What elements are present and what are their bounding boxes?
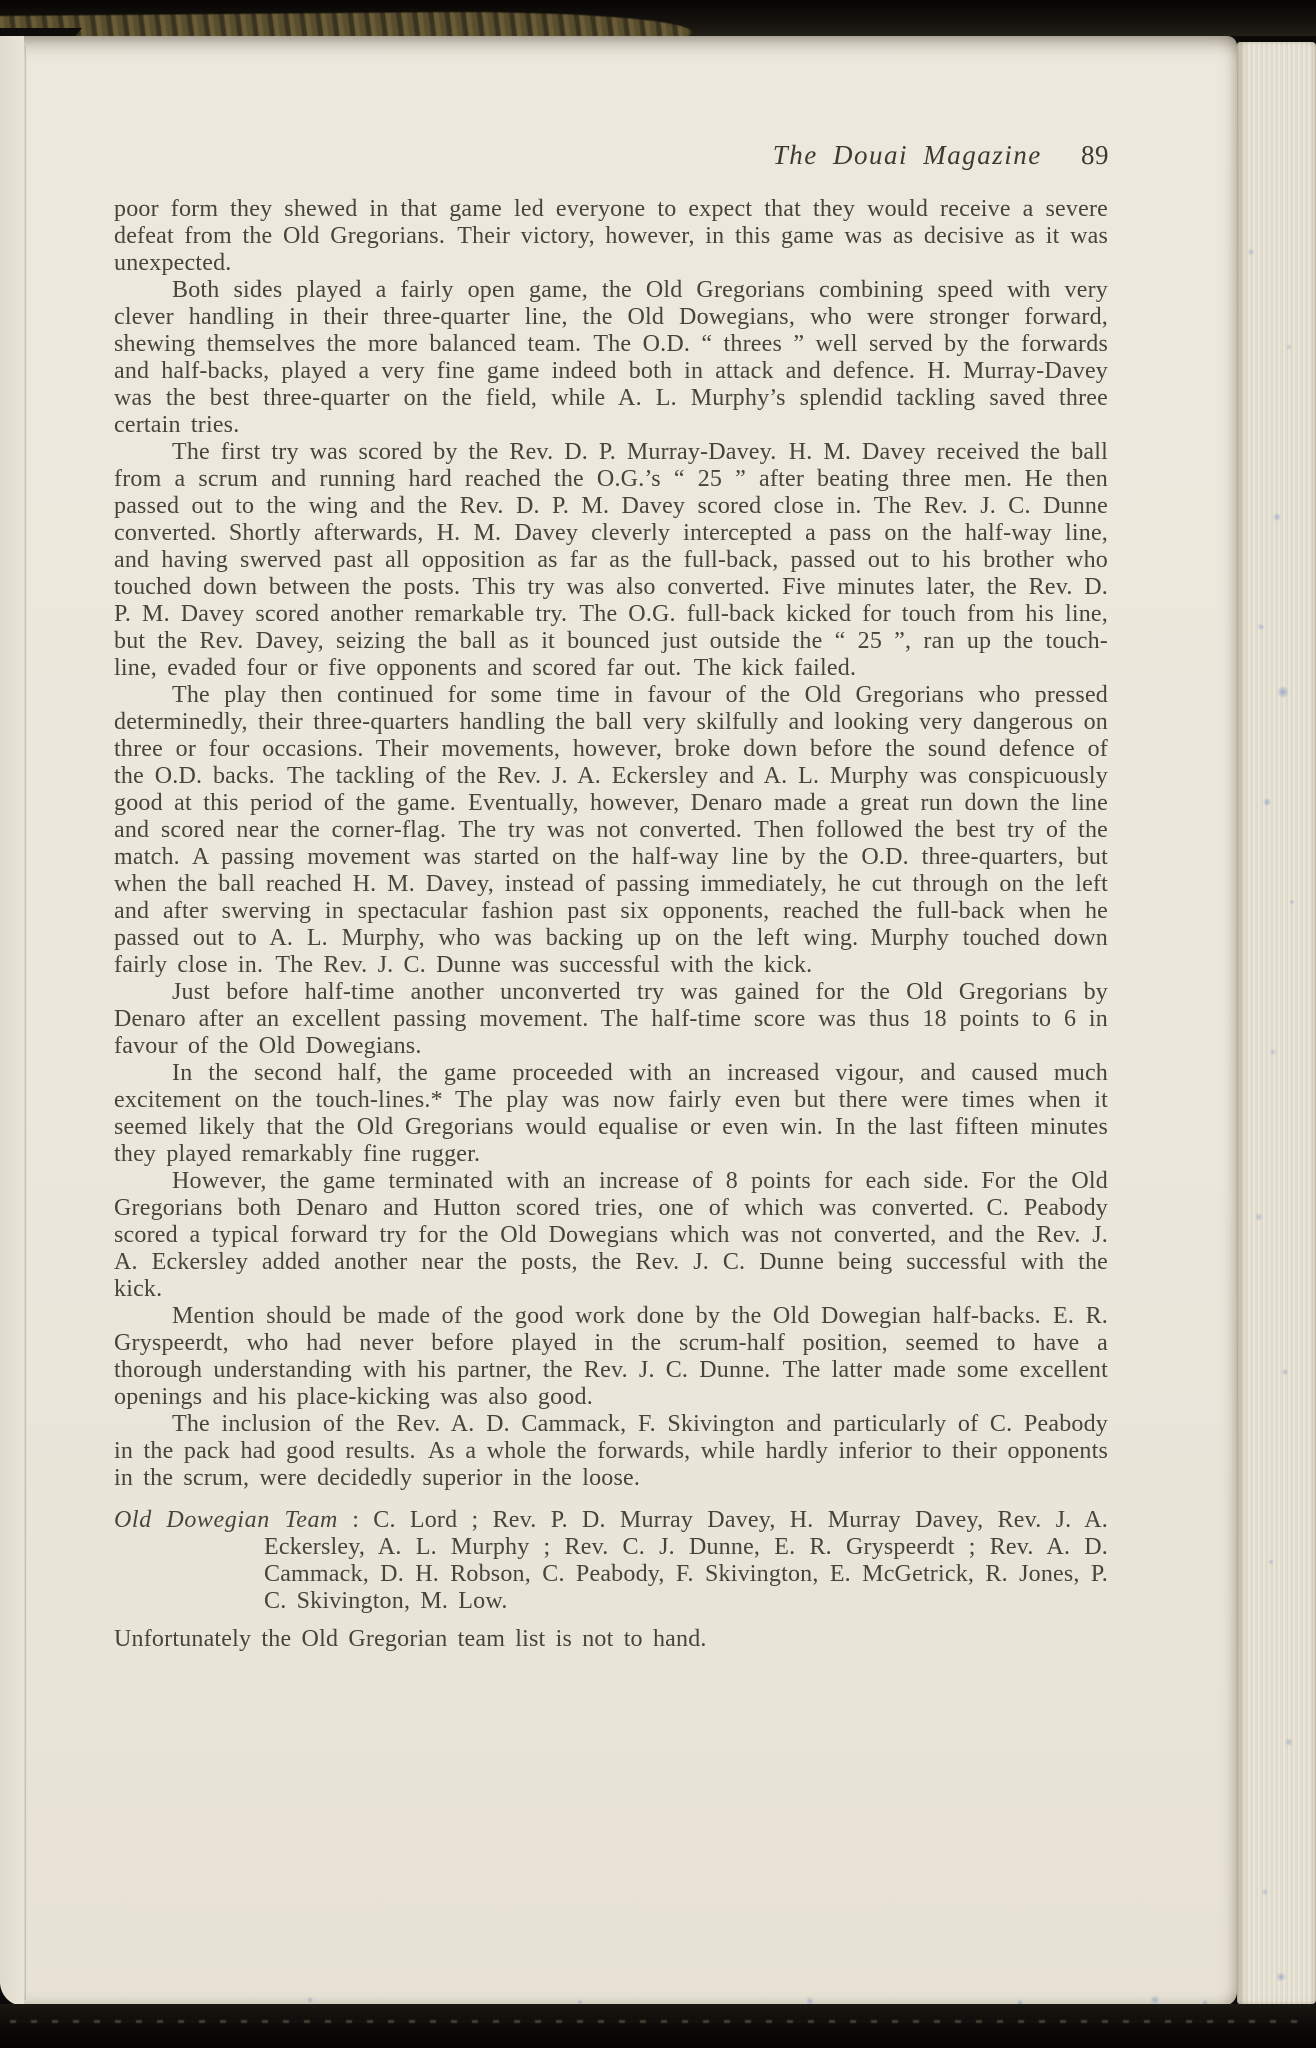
gutter-crease — [24, 46, 27, 2000]
book-cover-bottom-edge — [0, 2004, 1316, 2048]
team-list-names: : C. Lord ; Rev. P. D. Murray Davey, H. … — [264, 1507, 1108, 1614]
paragraph: Just before half-time another unconverte… — [114, 979, 1108, 1060]
closing-note: Unfortunately the Old Gregorian team lis… — [114, 1626, 1108, 1653]
paragraph: However, the game terminated with an inc… — [114, 1168, 1108, 1303]
paragraph: The inclusion of the Rev. A. D. Cammack,… — [114, 1411, 1108, 1492]
book-spread: The Douai Magazine 89 poor form they she… — [0, 0, 1316, 2048]
magazine-page: The Douai Magazine 89 poor form they she… — [0, 36, 1237, 2006]
running-header: The Douai Magazine 89 — [773, 140, 1109, 171]
paragraph: Both sides played a fairly open game, th… — [114, 277, 1108, 439]
paragraph: The first try was scored by the Rev. D. … — [114, 439, 1108, 682]
paragraph: poor form they shewed in that game led e… — [114, 196, 1108, 277]
page-number: 89 — [1081, 140, 1109, 170]
article-body: poor form they shewed in that game led e… — [114, 196, 1108, 1653]
page-fore-edge — [1237, 42, 1316, 2004]
team-list: Old Dowegian Team : C. Lord ; Rev. P. D.… — [114, 1507, 1108, 1615]
paragraph: In the second half, the game proceeded w… — [114, 1060, 1108, 1168]
paragraph: The play then continued for some time in… — [114, 682, 1108, 979]
team-list-lead: Old Dowegian Team — [114, 1507, 338, 1533]
magazine-title: The Douai Magazine — [773, 140, 1042, 170]
paragraph: Mention should be made of the good work … — [114, 1303, 1108, 1411]
